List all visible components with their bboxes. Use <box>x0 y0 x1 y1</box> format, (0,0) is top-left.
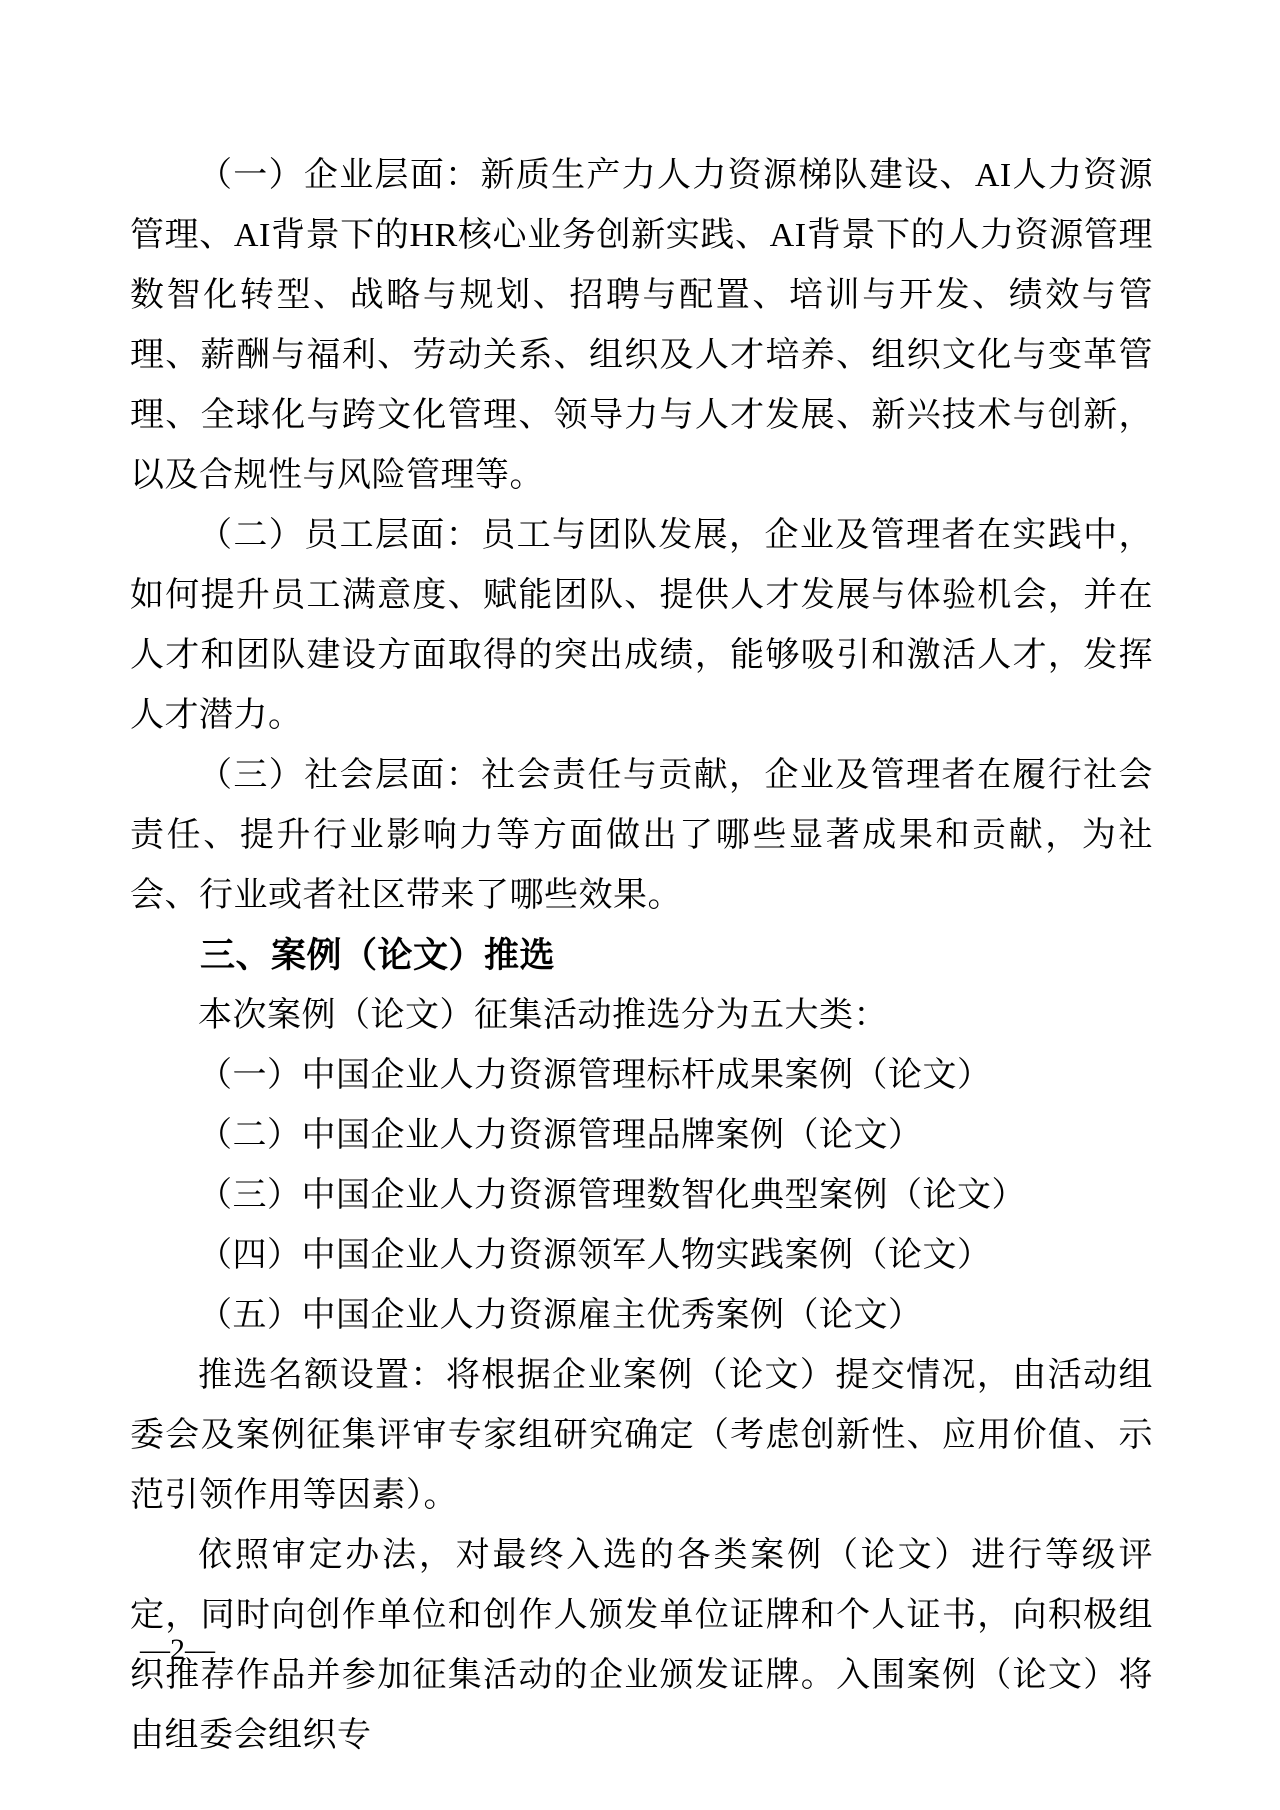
list-item-category-4: （四）中国企业人力资源领军人物实践案例（论文） <box>130 1226 1153 1286</box>
paragraph-enterprise-level: （一）企业层面：新质生产力人力资源梯队建设、AI人力资源管理、AI背景下的HR核… <box>130 146 1153 506</box>
paragraph-quota-setting: 推选名额设置：将根据企业案例（论文）提交情况，由活动组委会及案例征集评审专家组研… <box>130 1346 1153 1526</box>
list-item-category-1: （一）中国企业人力资源管理标杆成果案例（论文） <box>130 1046 1153 1106</box>
paragraph-society-level: （三）社会层面：社会责任与贡献，企业及管理者在履行社会责任、提升行业影响力等方面… <box>130 746 1153 926</box>
document-body: （一）企业层面：新质生产力人力资源梯队建设、AI人力资源管理、AI背景下的HR核… <box>130 146 1153 1766</box>
list-item-category-2: （二）中国企业人力资源管理品牌案例（论文） <box>130 1106 1153 1166</box>
paragraph-category-intro: 本次案例（论文）征集活动推选分为五大类： <box>130 986 1153 1046</box>
page-number: —2— <box>140 1630 215 1670</box>
paragraph-grading-certificates: 依照审定办法，对最终入选的各类案例（论文）进行等级评定，同时向创作单位和创作人颁… <box>130 1526 1153 1766</box>
list-item-category-3: （三）中国企业人力资源管理数智化典型案例（论文） <box>130 1166 1153 1226</box>
section-heading-case-selection: 三、案例（论文）推选 <box>130 926 1153 986</box>
paragraph-employee-level: （二）员工层面：员工与团队发展，企业及管理者在实践中，如何提升员工满意度、赋能团… <box>130 506 1153 746</box>
document-page: （一）企业层面：新质生产力人力资源梯队建设、AI人力资源管理、AI背景下的HR核… <box>0 0 1280 1810</box>
list-item-category-5: （五）中国企业人力资源雇主优秀案例（论文） <box>130 1286 1153 1346</box>
